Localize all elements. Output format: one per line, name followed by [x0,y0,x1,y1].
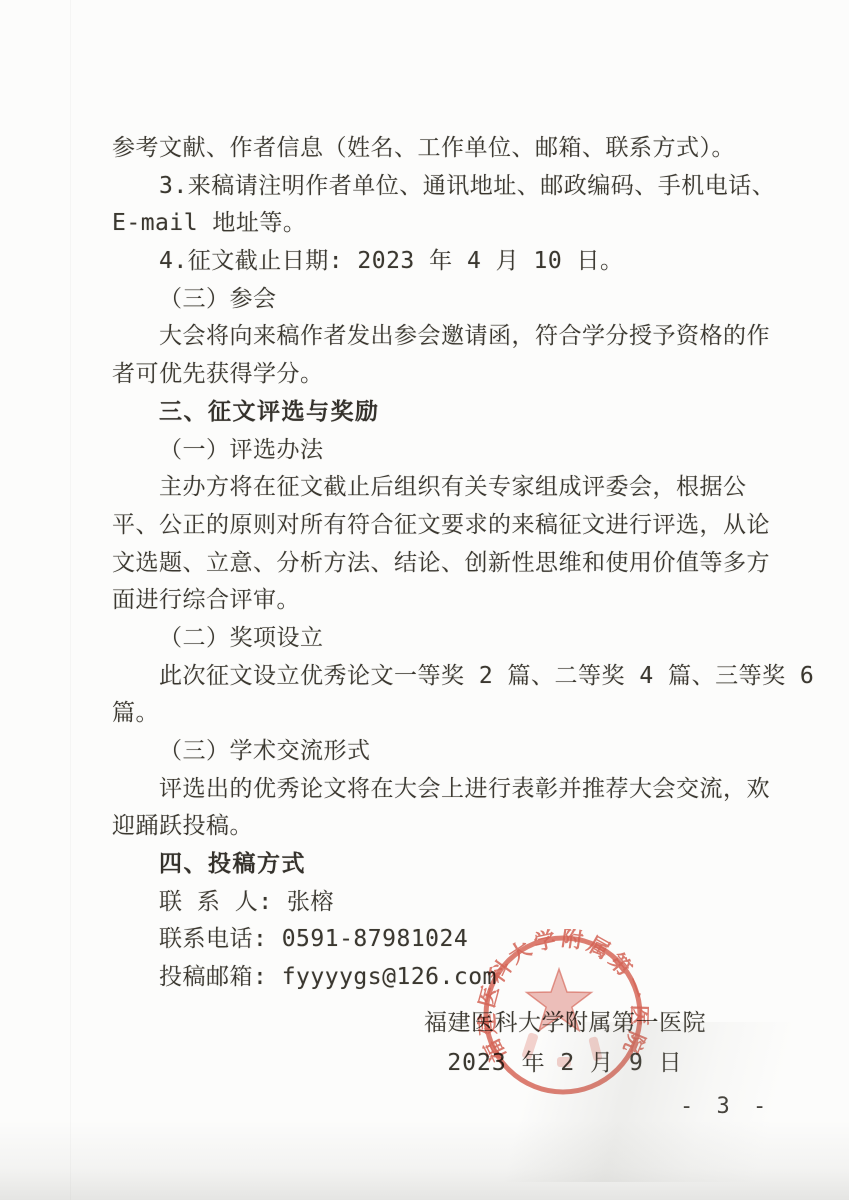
body-line: 平、公正的原则对所有符合征文要求的来稿征文进行评选，从论 [112,507,772,545]
section-heading: 四、投稿方式 [112,846,772,884]
body-line: 者可优先获得学分。 [112,356,772,394]
section-subheading: （三）参会 [112,281,772,319]
contact-phone-line: 联系电话: 0591-87981024 [112,921,772,959]
body-line: 主办方将在征文截止后组织有关专家组成评委会，根据公 [112,469,772,507]
body-line: 大会将向来稿作者发出参会邀请函，符合学分授予资格的作 [112,318,772,356]
body-line: E-mail 地址等。 [112,205,772,243]
body-line: 迎踊跃投稿。 [112,808,772,846]
section-heading: 三、征文评选与奖励 [112,394,772,432]
body-line: 4.征文截止日期: 2023 年 4 月 10 日。 [112,243,772,281]
scanned-document-page: 参考文献、作者信息（姓名、工作单位、邮箱、联系方式）。 3.来稿请注明作者单位、… [0,0,849,1200]
section-subheading: （三）学术交流形式 [112,733,772,771]
scan-artifact-line [70,0,71,1200]
section-subheading: （一）评选办法 [112,432,772,470]
body-line: 评选出的优秀论文将在大会上进行表彰并推荐大会交流，欢 [112,771,772,809]
contact-email-line: 投稿邮箱: fyyyygs@126.com [112,959,772,997]
signature-date: 2023 年 2 月 9 日 [420,1040,710,1086]
body-line: 文选题、立意、分析方法、结论、创新性思维和使用价值等多方 [112,545,772,583]
section-subheading: （二）奖项设立 [112,620,772,658]
document-body: 参考文献、作者信息（姓名、工作单位、邮箱、联系方式）。 3.来稿请注明作者单位、… [112,130,772,997]
body-line: 篇。 [112,695,772,733]
contact-person-line: 联 系 人: 张榕 [112,884,772,922]
page-number: - 3 - [680,1094,771,1119]
body-line: 3.来稿请注明作者单位、通讯地址、邮政编码、手机电话、 [112,168,772,206]
body-line: 参考文献、作者信息（姓名、工作单位、邮箱、联系方式）。 [112,130,772,168]
body-line: 此次征文设立优秀论文一等奖 2 篇、二等奖 4 篇、三等奖 6 [112,658,772,696]
signature-org: 福建医科大学附属第一医院 [420,1006,710,1040]
body-line: 面进行综合评审。 [112,582,772,620]
scan-edge-shadow [0,1120,849,1200]
signature-block: 福建医科大学附属第一医院 2023 年 2 月 9 日 [420,1006,710,1086]
